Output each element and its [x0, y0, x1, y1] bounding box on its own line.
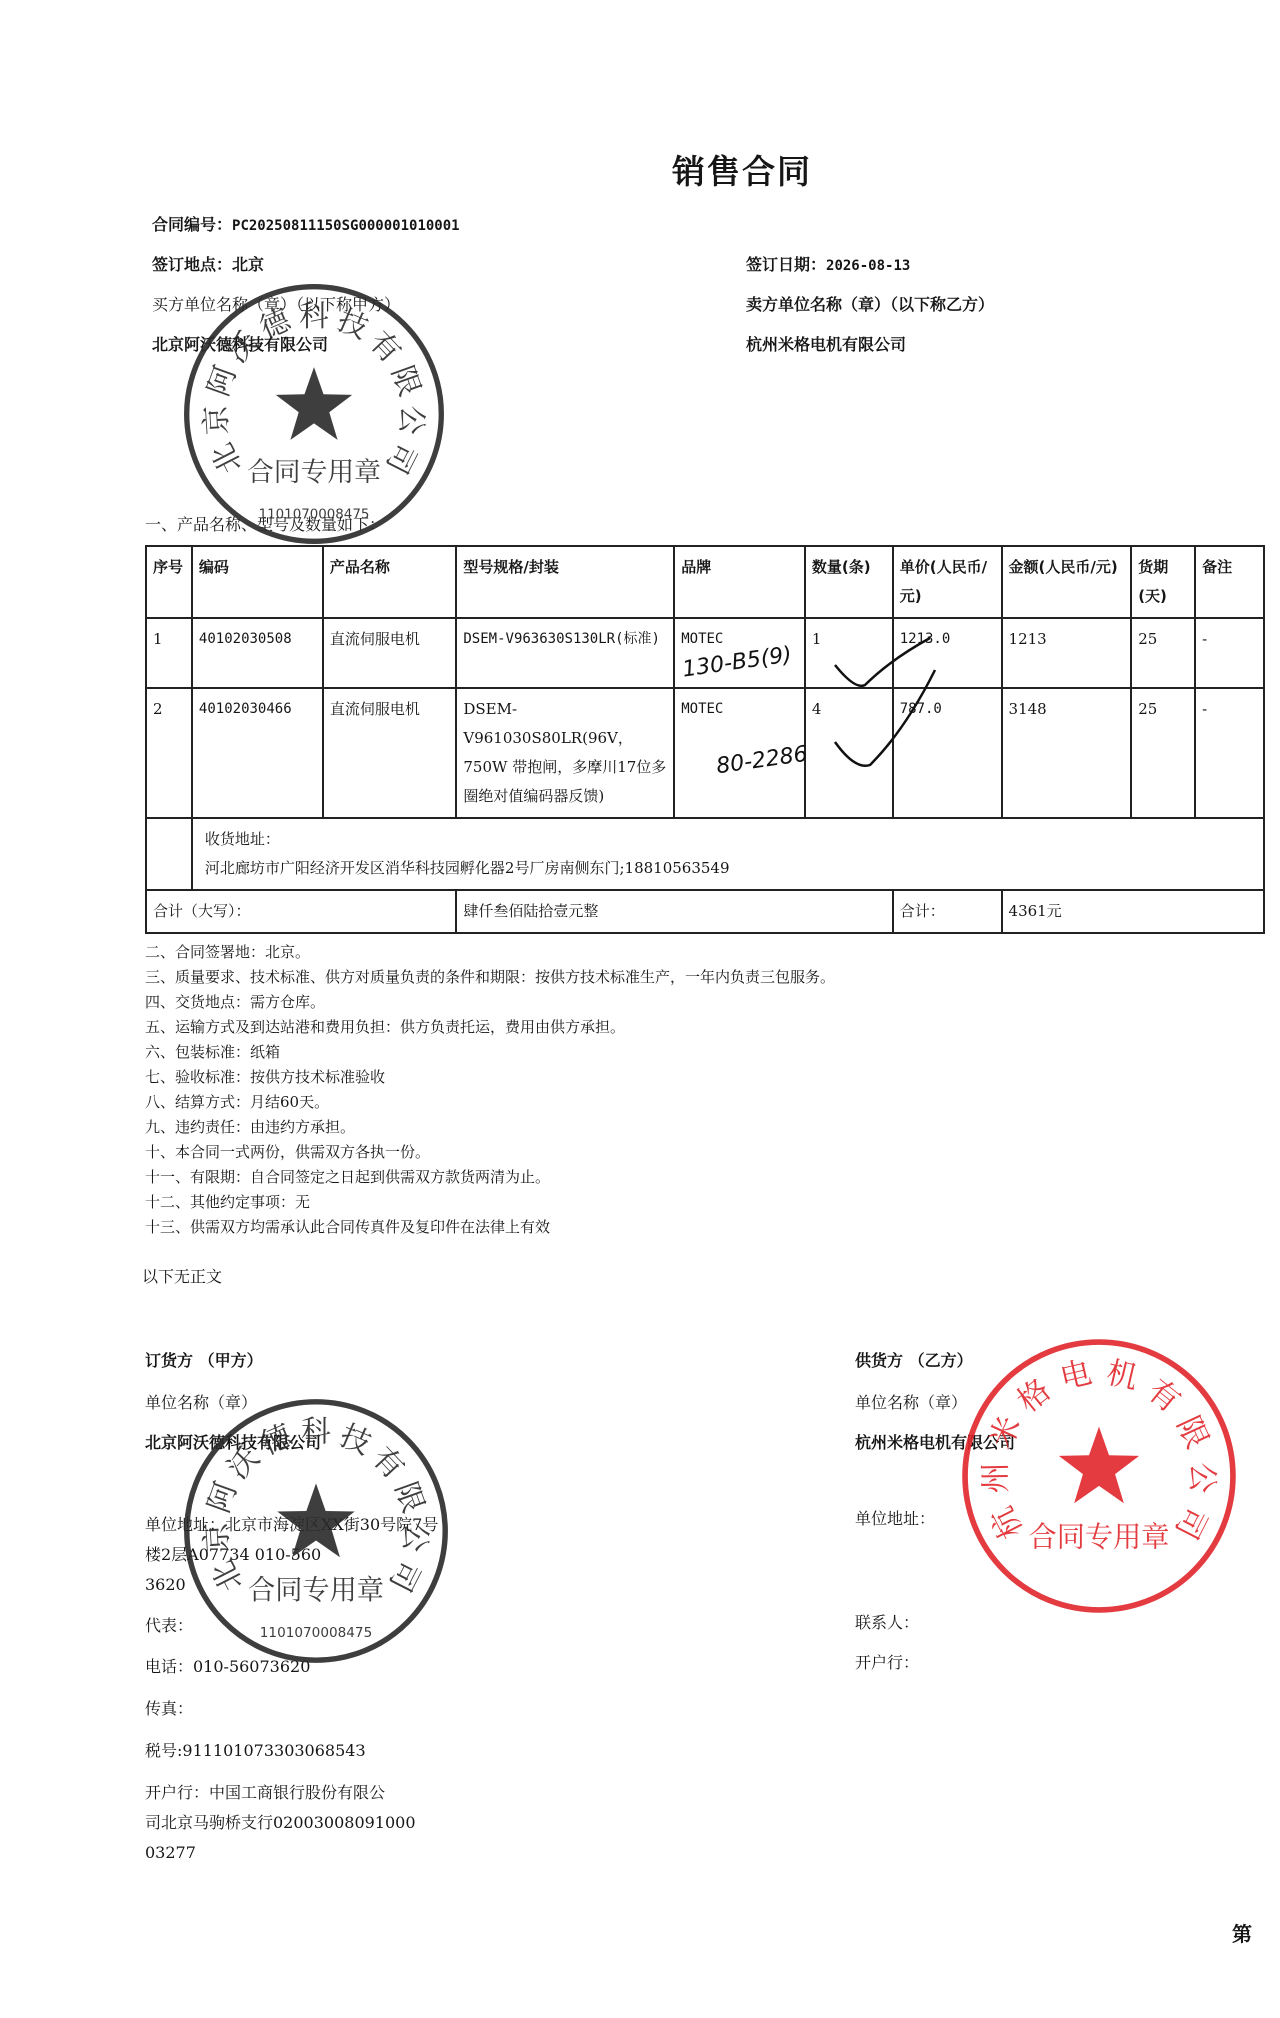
svg-text:北: 北 [205, 438, 249, 480]
svg-text:沃: 沃 [221, 1440, 267, 1486]
header-lead-time: 货期(天) [1131, 546, 1195, 618]
cell-name: 直流伺服电机 [323, 618, 457, 688]
total-value: 4361元 [1002, 890, 1264, 933]
svg-text:公: 公 [1184, 1462, 1221, 1494]
buyer-sig-bank: 开户行：中国工商银行股份有限公 司北京马驹桥支行02003008091000 0… [145, 1778, 416, 1868]
svg-text:德: 德 [256, 1418, 298, 1462]
term-item: 四、交货地点：需方仓库。 [145, 990, 1145, 1015]
buyer-company-seal-top: 北京阿沃德科技有限公司合同专用章1101070008475 [180, 280, 448, 548]
cell-amount: 1213 [1002, 618, 1132, 688]
seller-sig-heading: 供货方 （乙方） [855, 1348, 973, 1371]
seller-sig-bank: 开户行： [855, 1650, 919, 1673]
svg-text:德: 德 [255, 302, 297, 346]
sign-date-label: 签订日期： [746, 255, 826, 274]
svg-text:公: 公 [394, 404, 430, 436]
end-note: 以下无正文 [142, 1264, 222, 1287]
seller-name: 杭州米格电机有限公司 [746, 332, 906, 355]
cell-model: DSEM-V961030S80LR(96V，750W 带抱闸，多摩川17位多圈绝… [456, 688, 674, 818]
page-title: 销售合同 [672, 146, 812, 193]
term-item: 五、运输方式及到达站港和费用负担：供方负责托运，费用由供方承担。 [145, 1015, 1145, 1040]
sign-place: 签订地点：北京 [152, 252, 264, 275]
cell-note: - [1195, 618, 1264, 688]
buyer-sig-bank-line: 司北京马驹桥支行02003008091000 [145, 1808, 416, 1838]
svg-text:1101070008475: 1101070008475 [259, 508, 370, 523]
header-code: 编码 [192, 546, 323, 618]
cell-code: 40102030508 [192, 618, 323, 688]
term-item: 八、结算方式：月结60天。 [145, 1090, 1145, 1115]
svg-text:杭: 杭 [984, 1501, 1030, 1545]
header-qty: 数量(条) [805, 546, 893, 618]
address-row: 收货地址： 河北廊坊市广阳经济开发区消华科技园孵化器2号厂房南侧东门;18810… [146, 818, 1264, 890]
shipping-address-label: 收货地址： [205, 825, 1257, 854]
svg-text:技: 技 [335, 1418, 376, 1462]
svg-text:司: 司 [382, 1555, 427, 1598]
svg-text:科: 科 [301, 1415, 331, 1450]
buyer-sig-bank-line: 03277 [145, 1838, 416, 1868]
term-item: 十一、有限期：自合同签定之日起到供需双方款货两清为止。 [145, 1165, 1145, 1190]
svg-text:阿: 阿 [201, 1477, 244, 1517]
term-item: 十二、其他约定事项：无 [145, 1190, 1145, 1215]
cell-model: DSEM-V963630S130LR(标准) [456, 618, 674, 688]
svg-text:格: 格 [1011, 1372, 1058, 1419]
total-row: 合计（大写）： 肆仟叁佰陆拾壹元整 合计： 4361元 [146, 890, 1264, 933]
svg-text:有: 有 [365, 1440, 411, 1486]
cell-lead: 25 [1131, 688, 1195, 818]
svg-text:公: 公 [396, 1521, 433, 1553]
svg-text:限: 限 [388, 1477, 431, 1517]
total-upper-label: 合计（大写）： [146, 890, 456, 933]
svg-text:限: 限 [385, 361, 427, 400]
header-product-name: 产品名称 [323, 546, 457, 618]
svg-text:1101070008475: 1101070008475 [260, 1625, 372, 1641]
svg-text:京: 京 [198, 404, 234, 436]
shipping-address-cell: 收货地址： 河北廊坊市广阳经济开发区消华科技园孵化器2号厂房南侧东门;18810… [192, 818, 1264, 890]
term-item: 七、验收标准：按供方技术标准验收 [145, 1065, 1145, 1090]
table-header-row: 序号 编码 产品名称 型号规格/封装 品牌 数量(条) 单价(人民币/元) 金额… [146, 546, 1264, 618]
svg-text:京: 京 [199, 1521, 236, 1553]
sign-date: 签订日期：2026-08-13 [746, 252, 910, 275]
buyer-sig-heading: 订货方 （甲方） [145, 1348, 263, 1371]
seal-graphic: 北京阿沃德科技有限公司合同专用章1101070008475 [180, 280, 448, 548]
checkmark-icon [830, 630, 940, 800]
buyer-sig-bank-line: 开户行：中国工商银行股份有限公 [145, 1778, 416, 1808]
svg-text:州: 州 [978, 1462, 1015, 1494]
term-item: 十三、供需双方均需承认此合同传真件及复印件在法律上有效 [145, 1215, 1145, 1240]
seller-company-seal: 杭州米格电机有限公司合同专用章 [958, 1335, 1240, 1617]
seller-sig-address: 单位地址： [855, 1506, 935, 1529]
cell-no: 2 [146, 688, 192, 818]
term-item: 三、质量要求、技术标准、供方对质量负责的条件和期限：按供方技术标准生产，一年内负… [145, 965, 1145, 990]
cell-name: 直流伺服电机 [323, 688, 457, 818]
svg-text:限: 限 [1170, 1411, 1216, 1454]
buyer-sig-fax: 传真： [145, 1696, 193, 1719]
svg-text:合同专用章: 合同专用章 [1029, 1521, 1170, 1554]
svg-text:司: 司 [1168, 1501, 1214, 1545]
total-label: 合计： [893, 890, 1002, 933]
header-unit-price: 单价(人民币/元) [893, 546, 1002, 618]
table-row: 2 40102030466 直流伺服电机 DSEM-V961030S80LR(9… [146, 688, 1264, 818]
term-item: 二、合同签署地：北京。 [145, 940, 1145, 965]
term-item: 九、违约责任：由违约方承担。 [145, 1115, 1145, 1140]
seller-heading: 卖方单位名称（章）（以下称乙方） [746, 292, 994, 315]
header-no: 序号 [146, 546, 192, 618]
sign-place-value: 北京 [232, 255, 264, 274]
svg-text:科: 科 [299, 299, 328, 333]
svg-text:技: 技 [333, 303, 374, 346]
svg-text:电: 电 [1057, 1355, 1095, 1397]
seller-sig-name-label: 单位名称（章） [855, 1390, 967, 1413]
page-number-label: 第 [1232, 1918, 1252, 1947]
buyer-company-seal-bottom: 北京阿沃德科技有限公司合同专用章1101070008475 [180, 1395, 452, 1667]
cell-lead: 25 [1131, 618, 1195, 688]
svg-text:司: 司 [379, 438, 423, 480]
svg-text:有: 有 [1140, 1372, 1187, 1419]
term-item: 六、包装标准：纸箱 [145, 1040, 1145, 1065]
cell-code: 40102030466 [192, 688, 323, 818]
shipping-address: 河北廊坊市广阳经济开发区消华科技园孵化器2号厂房南侧东门;18810563549 [205, 854, 1257, 883]
seal-graphic: 北京阿沃德科技有限公司合同专用章1101070008475 [180, 1395, 452, 1667]
svg-text:合同专用章: 合同专用章 [248, 1575, 384, 1606]
header-amount: 金额(人民币/元) [1002, 546, 1132, 618]
svg-text:米: 米 [983, 1411, 1029, 1454]
svg-text:有: 有 [363, 325, 408, 370]
svg-text:机: 机 [1103, 1355, 1141, 1397]
svg-text:阿: 阿 [201, 361, 243, 400]
sign-date-value: 2026-08-13 [826, 258, 910, 274]
svg-text:北: 北 [205, 1555, 250, 1598]
term-item: 十、本合同一式两份，供需双方各执一份。 [145, 1140, 1145, 1165]
buyer-sig-tax: 税号:91110107330306854З [145, 1738, 365, 1761]
svg-text:沃: 沃 [220, 325, 265, 370]
total-upper-value: 肆仟叁佰陆拾壹元整 [456, 890, 892, 933]
svg-text:合同专用章: 合同专用章 [247, 457, 381, 488]
seller-sig-contact: 联系人： [855, 1610, 919, 1633]
items-table: 序号 编码 产品名称 型号规格/封装 品牌 数量(条) 单价(人民币/元) 金额… [145, 545, 1265, 934]
header-model: 型号规格/封装 [456, 546, 674, 618]
contract-number-value: PC20250811150SG000001010001 [232, 218, 460, 234]
sign-place-label: 签订地点： [152, 255, 232, 274]
header-brand: 品牌 [674, 546, 805, 618]
terms-list: 二、合同签署地：北京。 三、质量要求、技术标准、供方对质量负责的条件和期限：按供… [145, 940, 1145, 1240]
seal-graphic: 杭州米格电机有限公司合同专用章 [958, 1335, 1240, 1617]
cell-note: - [1195, 688, 1264, 818]
contract-number: 合同编号：PC20250811150SG000001010001 [152, 212, 460, 235]
contract-number-label: 合同编号： [152, 215, 232, 234]
cell-no: 1 [146, 618, 192, 688]
header-note: 备注 [1195, 546, 1264, 618]
cell-amount: 3148 [1002, 688, 1132, 818]
